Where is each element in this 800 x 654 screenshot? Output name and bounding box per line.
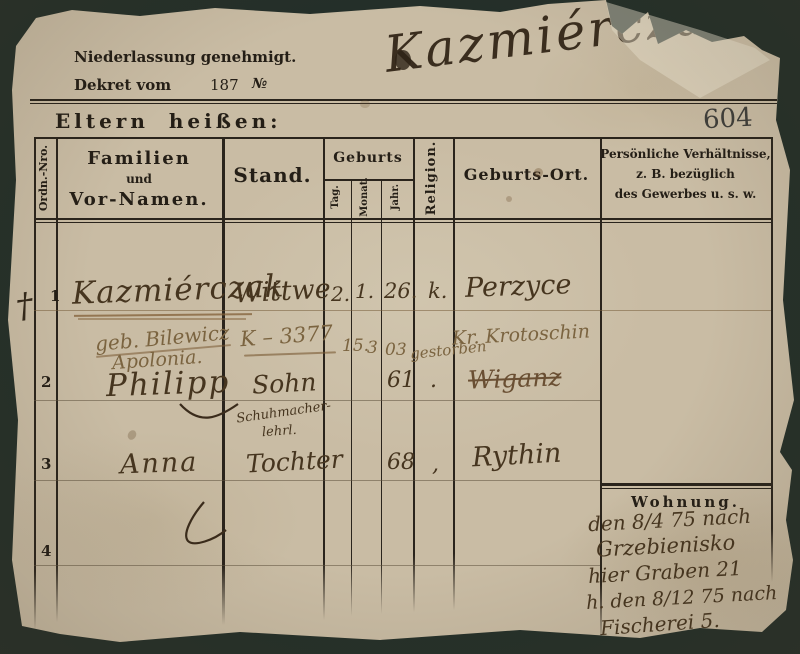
wohnung-line: Fischerei 5.: [599, 608, 720, 640]
row1-birth-month: 1.: [355, 279, 374, 303]
row-number: 3: [41, 455, 51, 473]
row-rule: [34, 565, 600, 566]
grid-line: [30, 99, 777, 101]
grid-line: [600, 483, 771, 486]
grid-line: [34, 137, 773, 139]
section-title: Eltern heißen:: [55, 109, 282, 133]
row2-stand: Sohn: [251, 367, 317, 399]
header-jahr: Jahr.: [390, 167, 404, 227]
row3-name: Anna: [119, 447, 198, 481]
grid-line: [381, 179, 382, 614]
row2-religion: .: [430, 368, 437, 393]
row2-birthplace-struck: Wiganz: [468, 362, 562, 394]
grid-line: [34, 137, 36, 630]
header-persoenlich-line3: des Gewerbes u. s. w.: [600, 187, 771, 201]
header-geburts-ort: Geburts-Ort.: [453, 165, 600, 184]
row2-stand-note2: lehrl.: [262, 423, 298, 440]
paraph-flourish-icon: [170, 500, 240, 548]
row-number: 1: [50, 287, 60, 305]
decree-year: 187: [210, 76, 239, 94]
header-persoenlich-line1: Persönliche Verhältnisse,: [600, 147, 771, 161]
decree-number-sign: №: [252, 76, 267, 92]
header-tag: Tag.: [330, 167, 344, 227]
header-monat: Monat.: [359, 167, 373, 227]
row3-religion: ,: [432, 452, 439, 477]
row2-stand-note: Schuhmacher-: [235, 398, 332, 426]
row-number: 4: [41, 542, 51, 560]
header-persoenlich-line2: z. B. bezüglich: [600, 167, 771, 181]
grid-line: [351, 179, 352, 616]
paper-stain: [360, 100, 370, 108]
header-geburts: Geburts: [323, 150, 413, 166]
row2-birth-year: 61: [387, 368, 415, 393]
decree-label: Dekret vom: [74, 76, 171, 94]
header-stand: Stand.: [222, 163, 323, 187]
wohnung-verte: verte: [657, 631, 695, 650]
name-underline: [78, 318, 246, 320]
paper-stain: [506, 196, 512, 202]
row3-stand: Tochter: [245, 444, 343, 478]
row1-death-year: 03: [385, 340, 407, 360]
row1-religion: k.: [428, 279, 447, 303]
header-family-line2: und: [56, 172, 222, 186]
row1-death-month: 3: [367, 338, 378, 358]
death-cross-icon: †: [13, 285, 35, 327]
row1-birth-year: 26.: [384, 279, 417, 303]
grid-line: [30, 103, 777, 104]
grid-line: [453, 137, 455, 610]
row1-birthplace: Perzyce: [464, 269, 571, 304]
approval-line: Niederlassung genehmigt.: [74, 48, 296, 66]
row-number: 2: [41, 373, 51, 391]
paper-sheet: Niederlassung genehmigt. Dekret vom 187 …: [0, 0, 800, 654]
paper-stain: [126, 429, 138, 442]
row1-birth-day: 2.: [331, 282, 350, 306]
name-underline: [74, 313, 252, 317]
header-religion: Religion.: [424, 133, 442, 223]
row-rule: [34, 310, 771, 311]
paraph-flourish-icon: [178, 398, 242, 428]
grid-line: [323, 137, 325, 620]
row3-birth-year: 68: [387, 450, 415, 475]
wohnung-line: h. den 8/12 75 nach: [586, 582, 778, 614]
scanned-registration-card: Niederlassung genehmigt. Dekret vom 187 …: [0, 0, 800, 654]
card-number: 604: [702, 103, 753, 136]
row-rule: [34, 480, 600, 481]
header-ordn-nro: Ordn.-Nro.: [37, 133, 53, 223]
row1-death-day: 15.: [342, 336, 369, 356]
row3-birthplace: Rythin: [471, 438, 562, 474]
header-family-line1: Familien: [56, 148, 222, 169]
grid-line: [600, 488, 771, 489]
grid-line: [771, 137, 773, 582]
row1-birthplace-district: Kr. Krotoschin: [452, 320, 591, 349]
row1-stand-note: K – 3377: [239, 321, 333, 351]
signature-surname: Kazmiérczak: [381, 0, 743, 84]
header-family-line3: Vor-Namen.: [56, 189, 222, 210]
row1-stand: Wittwe: [233, 273, 331, 309]
